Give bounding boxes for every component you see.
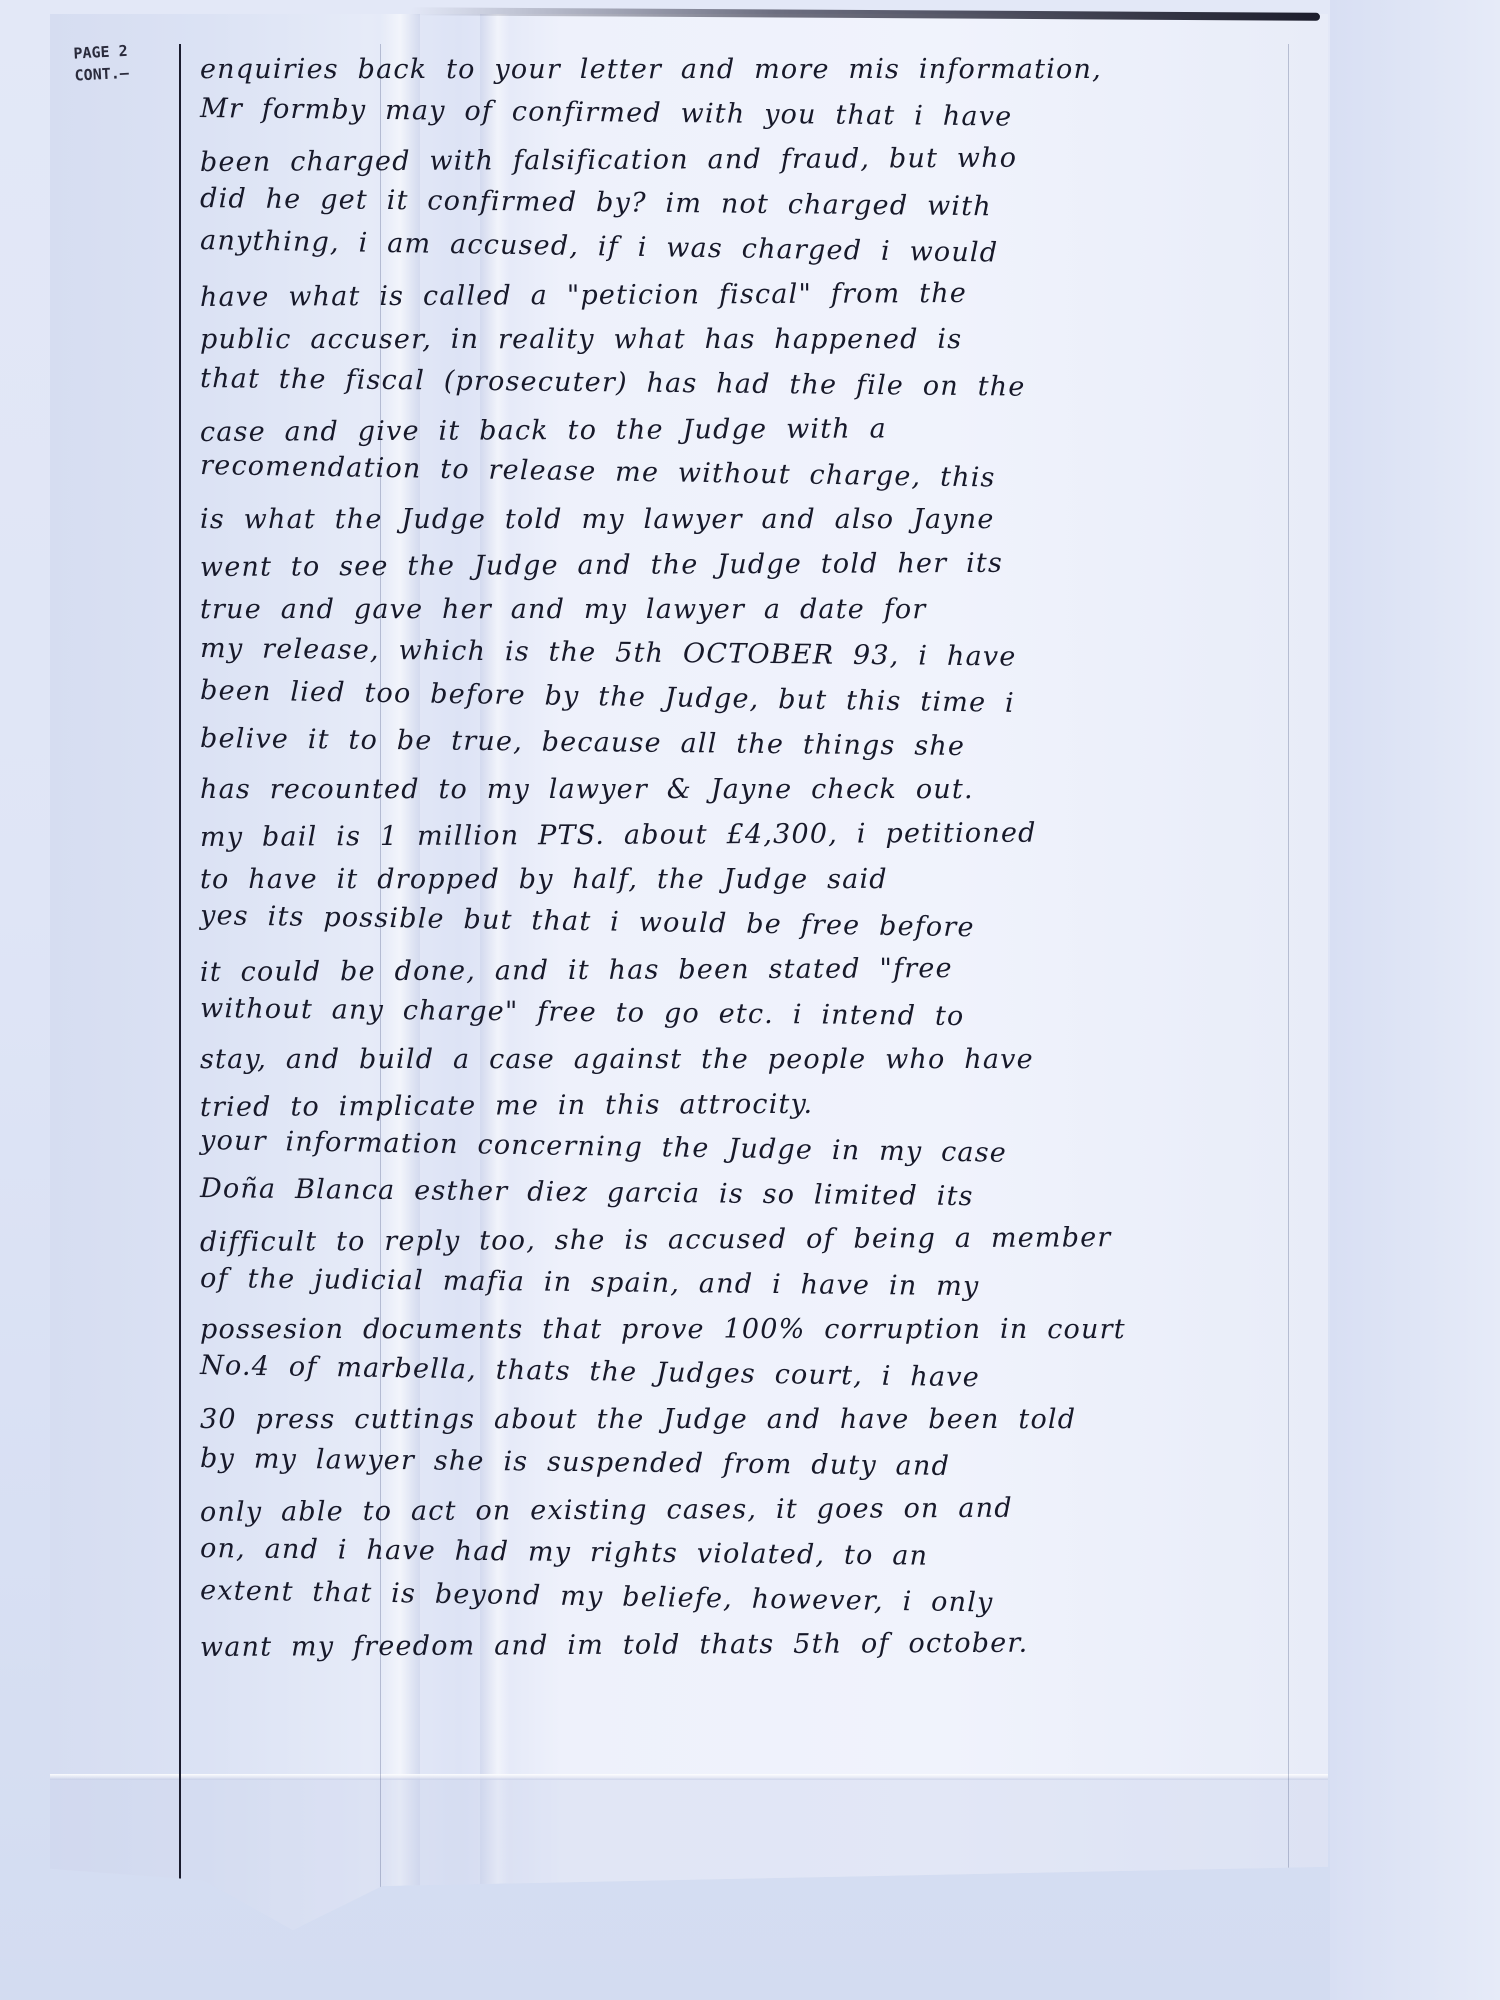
handwritten-line: have what is called a "peticion fiscal" … [200, 276, 1340, 327]
letter-sheet: PAGE 2 CONT.— enquiries back to your let… [50, 14, 1328, 1934]
handwritten-line: want my freedom and im told thats 5th of… [200, 1626, 1340, 1677]
handwritten-line: public accuser, in reality what has happ… [200, 324, 1340, 369]
handwritten-line: went to see the Judge and the Judge told… [200, 546, 1340, 597]
folded-bottom-panel [50, 1778, 1328, 1978]
horizontal-fold-crease [50, 1774, 1328, 1780]
table-backdrop [1330, 0, 1500, 2000]
handwritten-line: enquiries back to your letter and more m… [200, 54, 1340, 99]
margin-rule [179, 44, 181, 1896]
page-margin-note: PAGE 2 CONT.— [73, 37, 175, 86]
handwritten-line: has recounted to my lawyer & Jayne check… [200, 774, 1340, 819]
handwritten-line: 30 press cuttings about the Judge and ha… [200, 1404, 1340, 1449]
handwritten-line: is what the Judge told my lawyer and als… [200, 504, 1340, 549]
continued-label: CONT.— [74, 59, 175, 86]
handwritten-line: of the judicial mafia in spain, and i ha… [200, 1263, 1340, 1320]
handwritten-line: true and gave her and my lawyer a date f… [200, 594, 1340, 639]
letter-body: enquiries back to your letter and more m… [200, 54, 1340, 1674]
handwritten-line: my bail is 1 million PTS. about £4,300, … [200, 816, 1340, 867]
handwritten-line: stay, and build a case against the peopl… [200, 1044, 1340, 1089]
handwritten-line: without any charge" free to go etc. i in… [200, 993, 1340, 1050]
